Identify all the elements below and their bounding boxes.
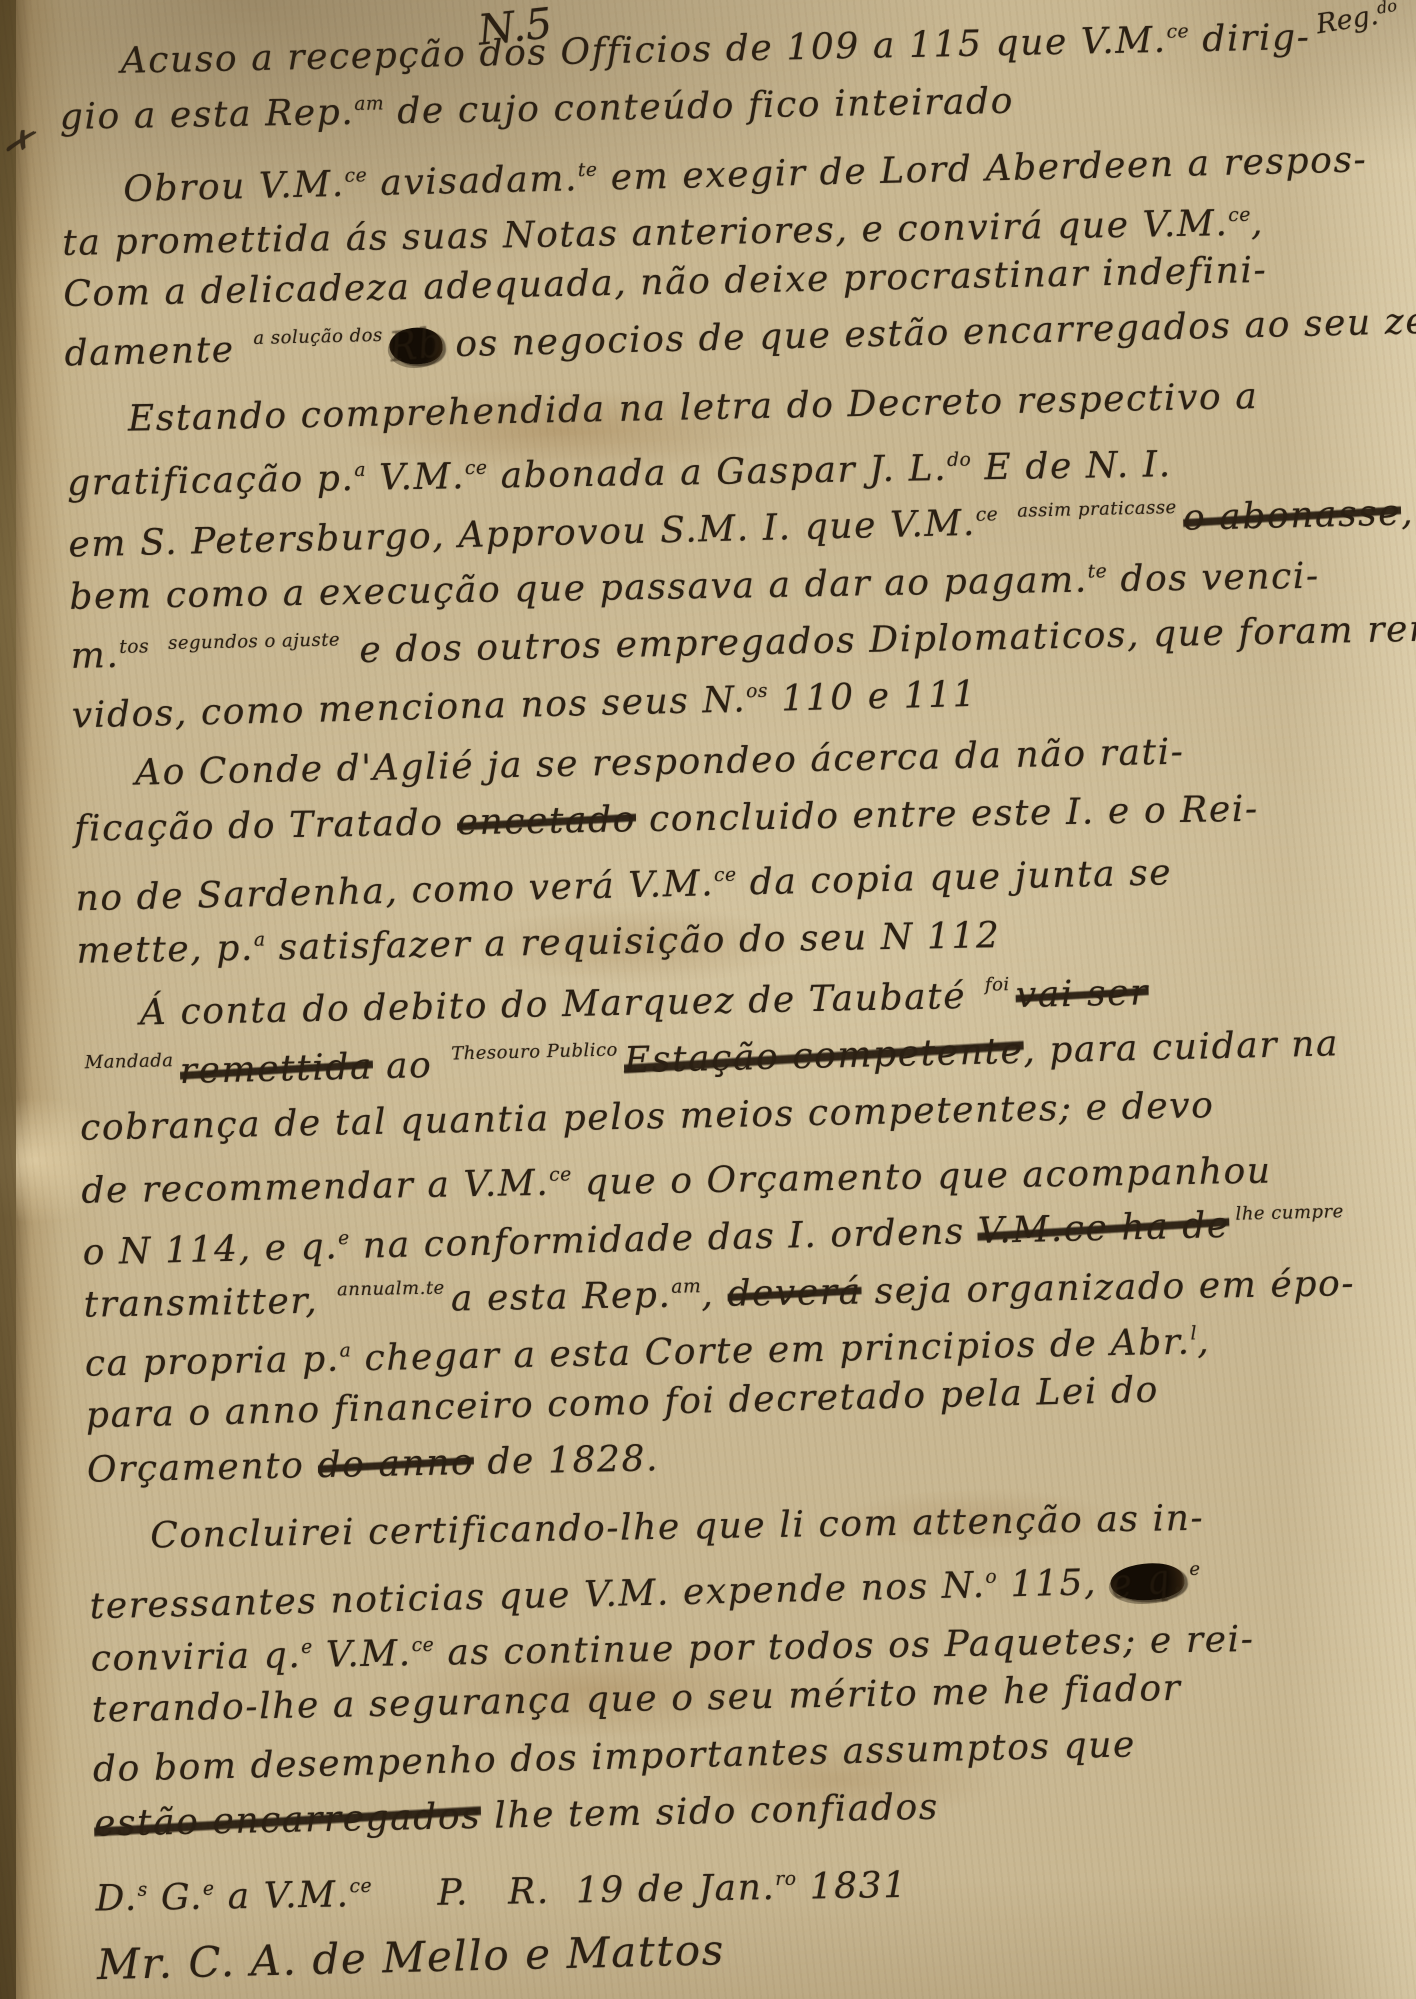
handwritten-text: P. R. 19 de Jan. xyxy=(372,1867,776,1915)
superscript-abbreviation: ce xyxy=(1228,205,1251,226)
handwritten-text: concluido entre este I. e o Rei- xyxy=(636,789,1259,841)
handwritten-text: a V.M. xyxy=(214,1874,350,1917)
handwritten-text: a esta Rep. xyxy=(451,1275,672,1320)
interlinear-insertion: foi xyxy=(985,974,1010,995)
handwritten-text: dirig- xyxy=(1189,17,1311,60)
handwritten-text: , xyxy=(1251,203,1265,244)
superscript-abbreviation: tos xyxy=(119,636,149,658)
handwritten-text: 115, xyxy=(997,1562,1111,1606)
struck-text: remettida xyxy=(179,1046,373,1092)
handwritten-text: Orçamento xyxy=(87,1445,318,1491)
handwritten-text: damente xyxy=(64,329,248,374)
interlinear-insertion: lhe cumpre xyxy=(1235,1201,1344,1225)
superscript-abbreviation: am xyxy=(671,1276,701,1298)
handwritten-text: de recommendar a V.M. xyxy=(81,1163,550,1212)
handwritten-text: 110 e 111 xyxy=(768,674,978,720)
handwritten-text: de 1828. xyxy=(474,1438,659,1483)
interlinear-insertion: Mandada xyxy=(85,1050,174,1073)
struck-text: estão encarregados xyxy=(94,1796,482,1845)
binding-edge xyxy=(0,0,16,1999)
superscript-abbreviation: do xyxy=(947,449,972,470)
superscript-abbreviation: o xyxy=(985,1567,997,1588)
superscript-abbreviation: os xyxy=(746,681,768,703)
superscript-abbreviation: ce xyxy=(549,1164,572,1185)
handwritten-text: G. xyxy=(148,1877,204,1919)
handwritten-text: , para cuidar na xyxy=(1023,1023,1340,1072)
interlinear-insertion: segundos o ajuste xyxy=(168,629,340,653)
handwritten-text: de cujo conteúdo fico inteirado xyxy=(384,81,1014,133)
handwritten-text: , xyxy=(1197,1321,1211,1362)
superscript-abbreviation: e xyxy=(203,1879,215,1900)
superscript-abbreviation: ce xyxy=(975,504,998,526)
interlinear-insertion: Thesouro Publico xyxy=(451,1039,618,1064)
superscript-abbreviation: e xyxy=(338,1228,350,1249)
handwritten-text: ficação do Tratado xyxy=(74,802,457,849)
superscript-abbreviation: a xyxy=(354,460,366,481)
handwritten-text: da copia que junta se xyxy=(736,852,1172,903)
interlinear-insertion: assim praticasse xyxy=(1017,497,1177,522)
handwritten-text: m. xyxy=(70,635,120,677)
struck-text: vai ser xyxy=(1016,972,1150,1016)
handwritten-text: lhe tem sido confiados xyxy=(481,1787,939,1837)
superscript-abbreviation: ce xyxy=(411,1635,434,1656)
superscript-abbreviation: ce xyxy=(465,458,488,479)
handwritten-text: ao xyxy=(373,1045,446,1088)
superscript-abbreviation: e xyxy=(301,1637,313,1658)
handwritten-text: V.M. xyxy=(313,1633,413,1676)
handwritten-text: , xyxy=(701,1274,728,1315)
struck-text: do anno xyxy=(317,1442,475,1486)
ink-blot: e q. xyxy=(1108,1560,1185,1605)
handwritten-text: Á conta do debito do Marquez de Taubaté xyxy=(139,976,979,1034)
interlinear-insertion: e xyxy=(1189,1559,1201,1580)
struck-text: Estação competente xyxy=(624,1031,1024,1082)
superscript-abbreviation: te xyxy=(1088,561,1108,582)
interlinear-insertion: a solução dos xyxy=(253,325,383,349)
handwritten-text: transmitter, xyxy=(83,1280,331,1325)
superscript-abbreviation: am xyxy=(354,93,384,115)
handwritten-text: 1831 xyxy=(796,1865,908,1908)
superscript-abbreviation: ce xyxy=(1166,21,1189,42)
handwritten-text xyxy=(998,502,1012,543)
struck-text: o abonasse xyxy=(1182,493,1401,539)
handwritten-text: gio a esta Rep. xyxy=(59,92,354,138)
superscript-abbreviation: a xyxy=(339,1340,351,1361)
handwritten-text: satisfazer a requisição do seu N 112 xyxy=(265,915,1000,968)
handwritten-text xyxy=(149,634,163,675)
handwritten-text: mette, p. xyxy=(76,928,254,972)
ink-blot: Rb xyxy=(387,325,444,368)
handwritten-text: vidos, como menciona nos seus N. xyxy=(71,679,746,736)
superscript-abbreviation: ce xyxy=(349,1876,372,1897)
handwritten-text: Mr. C. A. de Mello e Mattos xyxy=(96,1925,725,1989)
handwritten-text: gratificação p. xyxy=(67,458,355,504)
struck-text: V.M.ce ha de xyxy=(977,1205,1230,1252)
handwritten-text: ca propria p. xyxy=(84,1339,340,1385)
handwritten-text: , xyxy=(1401,492,1415,533)
handwritten-text: V.M. xyxy=(366,456,466,499)
interlinear-insertion: annualm.te xyxy=(337,1277,445,1300)
manuscript-line: Mr. C. A. de Mello e Mattos xyxy=(96,1904,1416,1993)
superscript-abbreviation: a xyxy=(254,930,266,951)
handwritten-text: avisadam. xyxy=(367,158,579,204)
manuscript-line: D.s G.e a V.M.ce P. R. 19 de Jan.ro 1831 xyxy=(95,1840,1416,1920)
superscript-abbreviation: ro xyxy=(775,1869,797,1890)
superscript-abbreviation: ce xyxy=(344,165,367,187)
superscript-abbreviation: ce xyxy=(714,865,737,887)
handwritten-text: conviria q. xyxy=(90,1635,301,1680)
handwritten-text: seja organizado em épo- xyxy=(861,1263,1355,1312)
handwritten-text: dos venci- xyxy=(1107,556,1320,601)
struck-text: encetado xyxy=(456,799,636,843)
struck-text: deverá xyxy=(727,1272,862,1315)
manuscript-page: N.5 Reg.do ✗ Acuso a recepção dos Offici… xyxy=(0,0,1416,1999)
manuscript-lines: Acuso a recepção dos Officios de 109 a 1… xyxy=(58,0,1416,1991)
superscript-abbreviation: te xyxy=(578,160,598,181)
handwritten-text: D. xyxy=(95,1878,138,1920)
